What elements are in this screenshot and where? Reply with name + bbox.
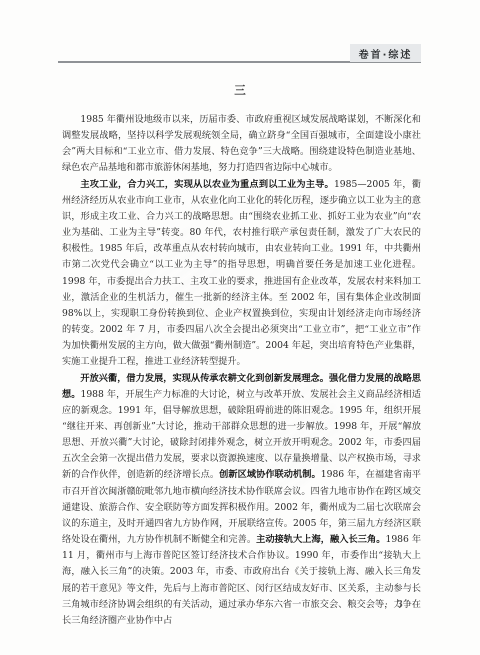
body-text-block: 1985 年衢州设地级市以来，历届市委、市政府重视区域发展战略谋划，不断深化和调… <box>62 112 421 629</box>
paragraph: 1985 年衢州设地级市以来，历届市委、市政府重视区域发展战略谋划，不断深化和调… <box>62 112 421 177</box>
page-number: · 3 · <box>385 599 418 610</box>
text-run: 1985—2005 年，衢州经济经历从农业市向工业市，从农业化向工业化的转化历程… <box>62 179 421 368</box>
text-run: 1985 年衢州设地级市以来，历届市委、市政府重视区域发展战略谋划，不断深化和调… <box>62 114 421 173</box>
paragraph: 主攻工业，合力兴工，实现从以农业为重点到以工业为主导。1985—2005 年，衢… <box>62 177 421 371</box>
text-run-bold: 主动接轨大上海，融入长三角。 <box>256 534 385 545</box>
running-head-badge: 卷首·综述 <box>350 44 421 62</box>
text-run: 1986 年 11 月，衢州市与上海市普陀区签订经济技术合作协议。1990 年，… <box>62 534 421 626</box>
text-run-bold: 创新区域协作联动机制。 <box>219 469 321 480</box>
text-run: 1988 年，开展生产力标准的大讨论，树立与改革开放、发展社会主义商品经济相适应… <box>62 389 421 481</box>
section-heading: 三 <box>0 82 480 98</box>
paragraph: 开放兴衢，借力发展，实现从传承农耕文化到创新发展理念。强化借力发展的战略思想。1… <box>62 371 421 630</box>
text-run-bold: 主攻工业，合力兴工，实现从以农业为重点到以工业为主导。 <box>80 179 334 190</box>
book-page: 卷首·综述 三 1985 年衢州设地级市以来，历届市委、市政府重视区域发展战略谋… <box>0 0 480 655</box>
running-head-label: 卷首·综述 <box>359 46 413 61</box>
